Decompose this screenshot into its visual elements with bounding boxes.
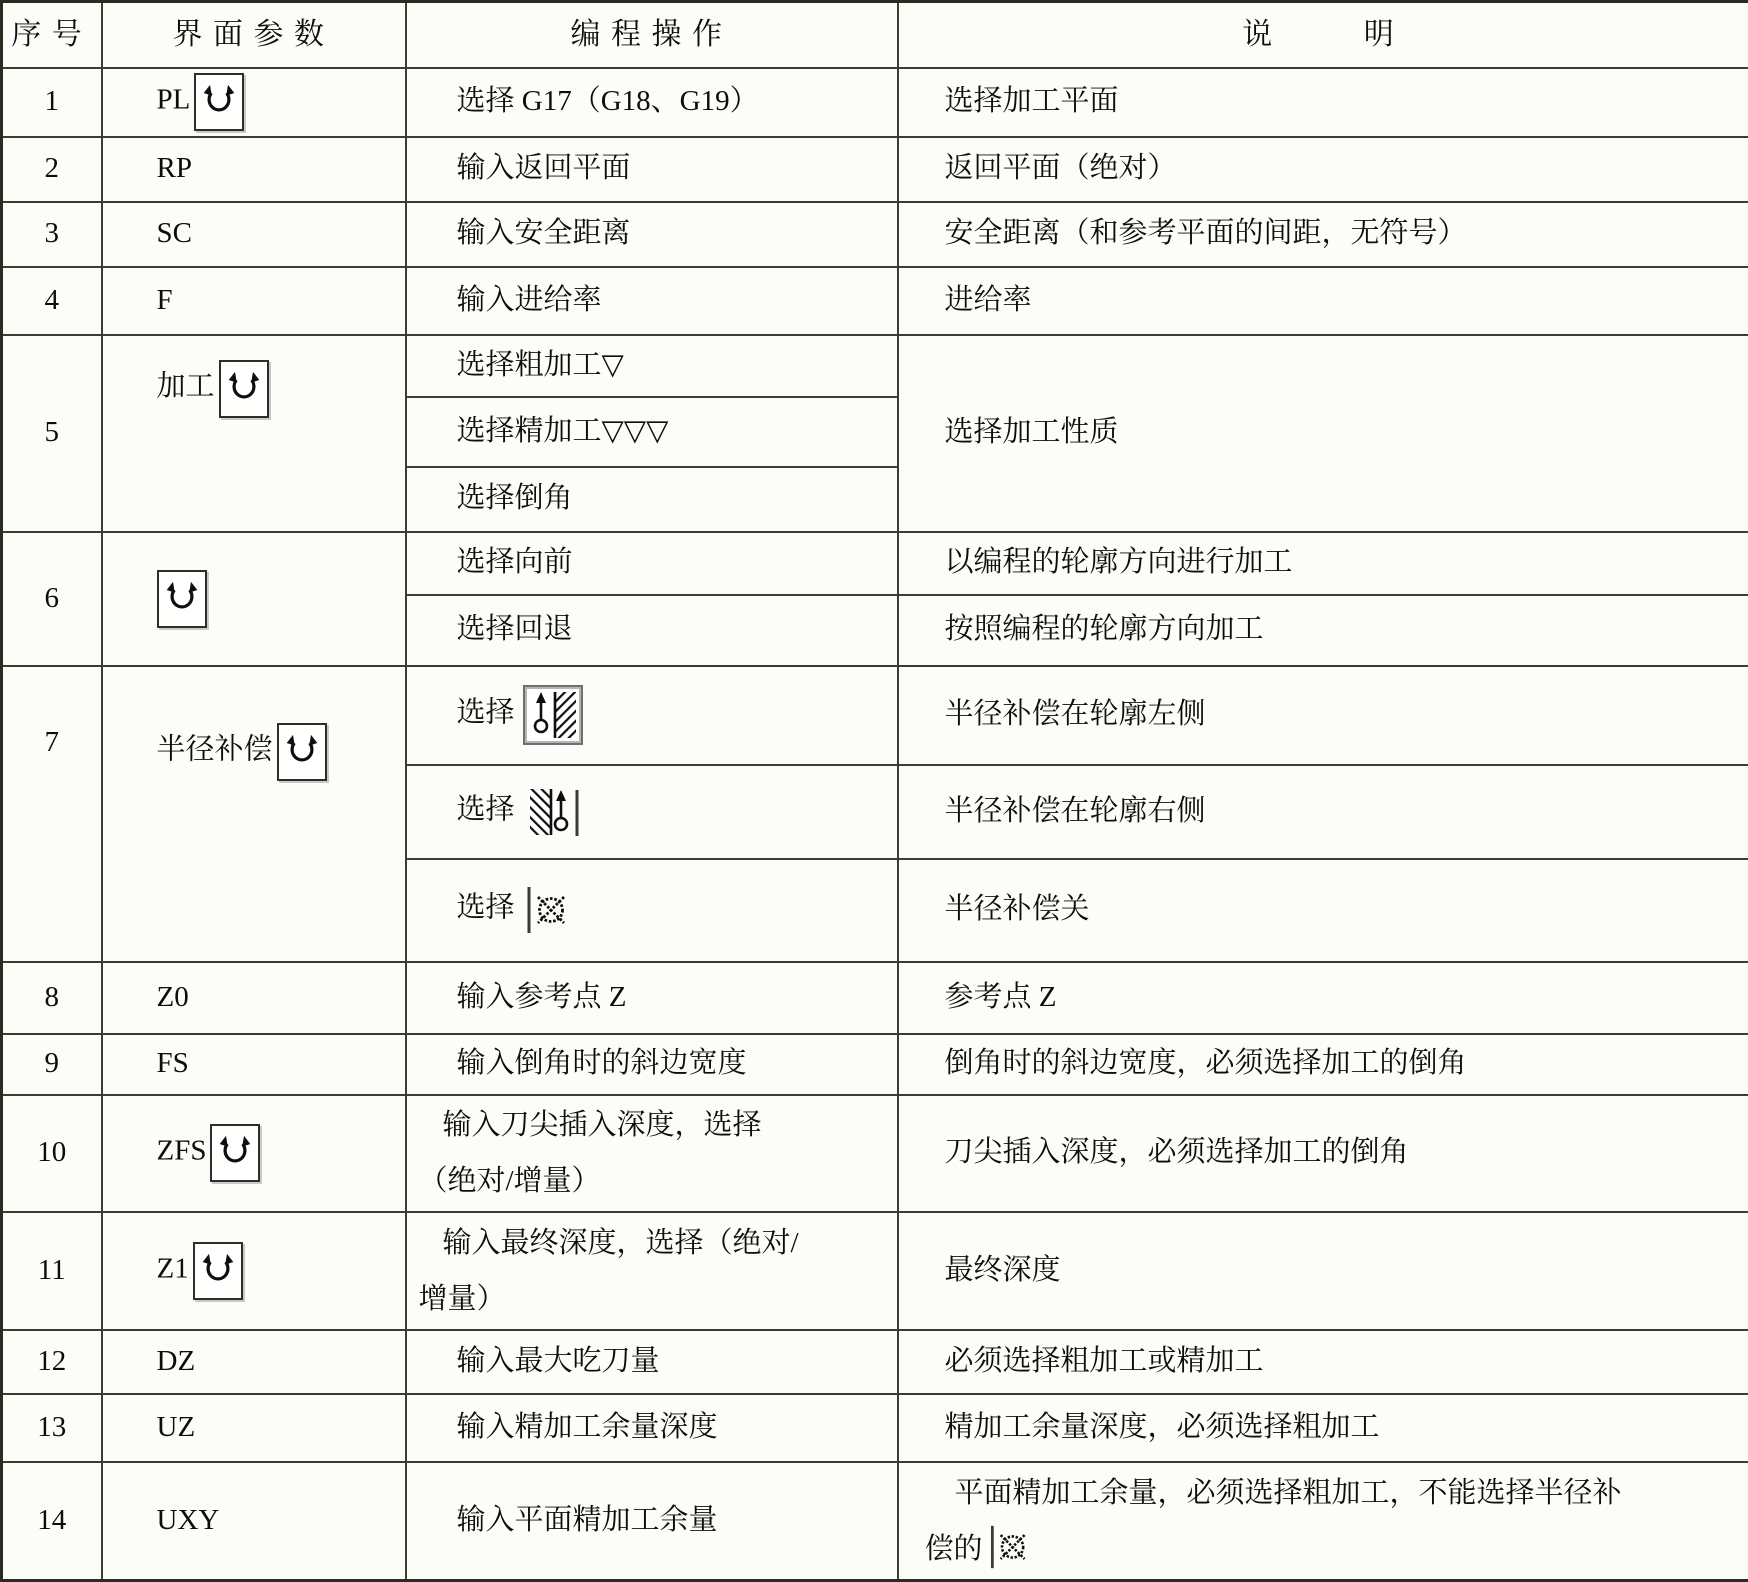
row-13: 13 UZ 输入精加工余量深度 精加工余量深度，必须选择粗加工	[2, 1394, 1748, 1462]
cell-op-7-off: 选择	[406, 859, 898, 962]
cell-param-4: F	[102, 267, 406, 335]
cell-param-5: 加工	[102, 335, 406, 532]
cell-op-5-chamfer: 选择倒角	[406, 467, 898, 532]
row-10: 10 ZFS 输入刀尖插入深度，选择 （绝对/增量） 刀尖插入深度，必须选择加工…	[2, 1095, 1748, 1212]
cell-desc-10: 刀尖插入深度，必须选择加工的倒角	[898, 1095, 1748, 1212]
cell-no-5: 5	[2, 335, 102, 532]
cell-op-5-rough: 选择粗加工▽	[406, 335, 898, 397]
param-text: PL	[157, 84, 191, 116]
cell-no-14: 14	[2, 1462, 102, 1581]
cell-desc-11: 最终深度	[898, 1212, 1748, 1330]
comp-off-icon	[523, 885, 569, 935]
header-description: 说 明	[898, 2, 1748, 68]
row-2: 2 RP 输入返回平面 返回平面（绝对）	[2, 137, 1748, 202]
cell-desc-3: 安全距离（和参考平面的间距，无符号）	[898, 202, 1748, 267]
param-text: 加工	[157, 370, 215, 402]
cell-op-13: 输入精加工余量深度	[406, 1394, 898, 1462]
cell-desc-13: 精加工余量深度，必须选择粗加工	[898, 1394, 1748, 1462]
cell-desc-14: 平面精加工余量，必须选择粗加工，不能选择半径补 偿的	[898, 1462, 1748, 1581]
cell-op-12: 输入最大吃刀量	[406, 1330, 898, 1394]
cell-desc-5: 选择加工性质	[898, 335, 1748, 532]
row-14: 14 UXY 输入平面精加工余量 平面精加工余量，必须选择粗加工，不能选择半径补…	[2, 1462, 1748, 1581]
cell-desc-7-left: 半径补偿在轮廓左侧	[898, 666, 1748, 765]
toggle-icon	[210, 1124, 260, 1182]
cell-no-11: 11	[2, 1212, 102, 1330]
cell-param-12: DZ	[102, 1330, 406, 1394]
comp-right-icon	[525, 786, 581, 838]
row-6a: 6 选择向前 以编程的轮廓方向进行加工	[2, 532, 1748, 595]
cell-desc-9: 倒角时的斜边宽度，必须选择加工的倒角	[898, 1034, 1748, 1095]
row-9: 9 FS 输入倒角时的斜边宽度 倒角时的斜边宽度，必须选择加工的倒角	[2, 1034, 1748, 1095]
cell-op-1: 选择 G17（G18、G19）	[406, 68, 898, 137]
cell-desc-2: 返回平面（绝对）	[898, 137, 1748, 202]
cell-op-8: 输入参考点 Z	[406, 962, 898, 1034]
toggle-icon	[157, 570, 207, 628]
cell-op-4: 输入进给率	[406, 267, 898, 335]
cell-op-6-forward: 选择向前	[406, 532, 898, 595]
row-7a: 7 半径补偿 选择 半径补偿在轮廓左侧	[2, 666, 1748, 765]
row-4: 4 F 输入进给率 进给率	[2, 267, 1748, 335]
toggle-icon	[219, 360, 269, 418]
cell-param-2: RP	[102, 137, 406, 202]
cell-op-9: 输入倒角时的斜边宽度	[406, 1034, 898, 1095]
cell-op-10: 输入刀尖插入深度，选择 （绝对/增量）	[406, 1095, 898, 1212]
cell-no-13: 13	[2, 1394, 102, 1462]
parameter-table: 序号 界面参数 编程操作 说 明 1 PL 选择 G17（G18、G19） 选择…	[0, 0, 1748, 1582]
param-text: 半径补偿	[157, 733, 273, 765]
cell-desc-6-forward: 以编程的轮廓方向进行加工	[898, 532, 1748, 595]
cell-param-13: UZ	[102, 1394, 406, 1462]
header-row: 序号 界面参数 编程操作 说 明	[2, 2, 1748, 68]
cell-param-10: ZFS	[102, 1095, 406, 1212]
row-8: 8 Z0 输入参考点 Z 参考点 Z	[2, 962, 1748, 1034]
cell-op-11: 输入最终深度，选择（绝对/ 增量）	[406, 1212, 898, 1330]
cell-param-6	[102, 532, 406, 666]
cell-no-3: 3	[2, 202, 102, 267]
row-12: 12 DZ 输入最大吃刀量 必须选择粗加工或精加工	[2, 1330, 1748, 1394]
param-text: Z1	[157, 1252, 189, 1284]
toggle-icon	[277, 723, 327, 781]
cell-desc-6-back: 按照编程的轮廓方向加工	[898, 595, 1748, 666]
cell-no-10: 10	[2, 1095, 102, 1212]
cell-no-12: 12	[2, 1330, 102, 1394]
cell-op-6-back: 选择回退	[406, 595, 898, 666]
cell-desc-4: 进给率	[898, 267, 1748, 335]
header-operation: 编程操作	[406, 2, 898, 68]
cell-op-5-finish: 选择精加工▽▽▽	[406, 397, 898, 467]
cell-param-11: Z1	[102, 1212, 406, 1330]
row-5a: 5 加工 选择粗加工▽ 选择加工性质	[2, 335, 1748, 397]
cell-op-7-left: 选择	[406, 666, 898, 765]
op-text: 选择	[457, 892, 515, 924]
cell-no-4: 4	[2, 267, 102, 335]
row-3: 3 SC 输入安全距离 安全距离（和参考平面的间距，无符号）	[2, 202, 1748, 267]
cell-op-2: 输入返回平面	[406, 137, 898, 202]
op-text: 选择	[457, 793, 515, 825]
cell-param-14: UXY	[102, 1462, 406, 1581]
comp-left-icon	[523, 685, 583, 745]
cell-no-1: 1	[2, 68, 102, 137]
cell-param-1: PL	[102, 68, 406, 137]
cell-desc-7-right: 半径补偿在轮廓右侧	[898, 765, 1748, 859]
comp-off-icon	[987, 1524, 1029, 1570]
op-text: 选择	[457, 697, 515, 729]
cell-desc-8: 参考点 Z	[898, 962, 1748, 1034]
cell-param-7: 半径补偿	[102, 666, 406, 962]
cell-param-8: Z0	[102, 962, 406, 1034]
cell-no-2: 2	[2, 137, 102, 202]
cell-param-9: FS	[102, 1034, 406, 1095]
cell-param-3: SC	[102, 202, 406, 267]
header-no: 序号	[2, 2, 102, 68]
row-1: 1 PL 选择 G17（G18、G19） 选择加工平面	[2, 68, 1748, 137]
row-11: 11 Z1 输入最终深度，选择（绝对/ 增量） 最终深度	[2, 1212, 1748, 1330]
cell-no-6: 6	[2, 532, 102, 666]
cell-no-9: 9	[2, 1034, 102, 1095]
toggle-icon	[194, 73, 244, 131]
cell-desc-7-off: 半径补偿关	[898, 859, 1748, 962]
toggle-icon	[193, 1242, 243, 1300]
desc-text: 平面精加工余量，必须选择粗加工，不能选择半径补 偿的	[925, 1477, 1622, 1565]
param-text: ZFS	[157, 1135, 207, 1167]
cell-desc-1: 选择加工平面	[898, 68, 1748, 137]
cell-desc-12: 必须选择粗加工或精加工	[898, 1330, 1748, 1394]
cell-op-14: 输入平面精加工余量	[406, 1462, 898, 1581]
cell-op-3: 输入安全距离	[406, 202, 898, 267]
header-param: 界面参数	[102, 2, 406, 68]
cell-no-8: 8	[2, 962, 102, 1034]
cell-op-7-right: 选择	[406, 765, 898, 859]
cell-no-7: 7	[2, 666, 102, 962]
